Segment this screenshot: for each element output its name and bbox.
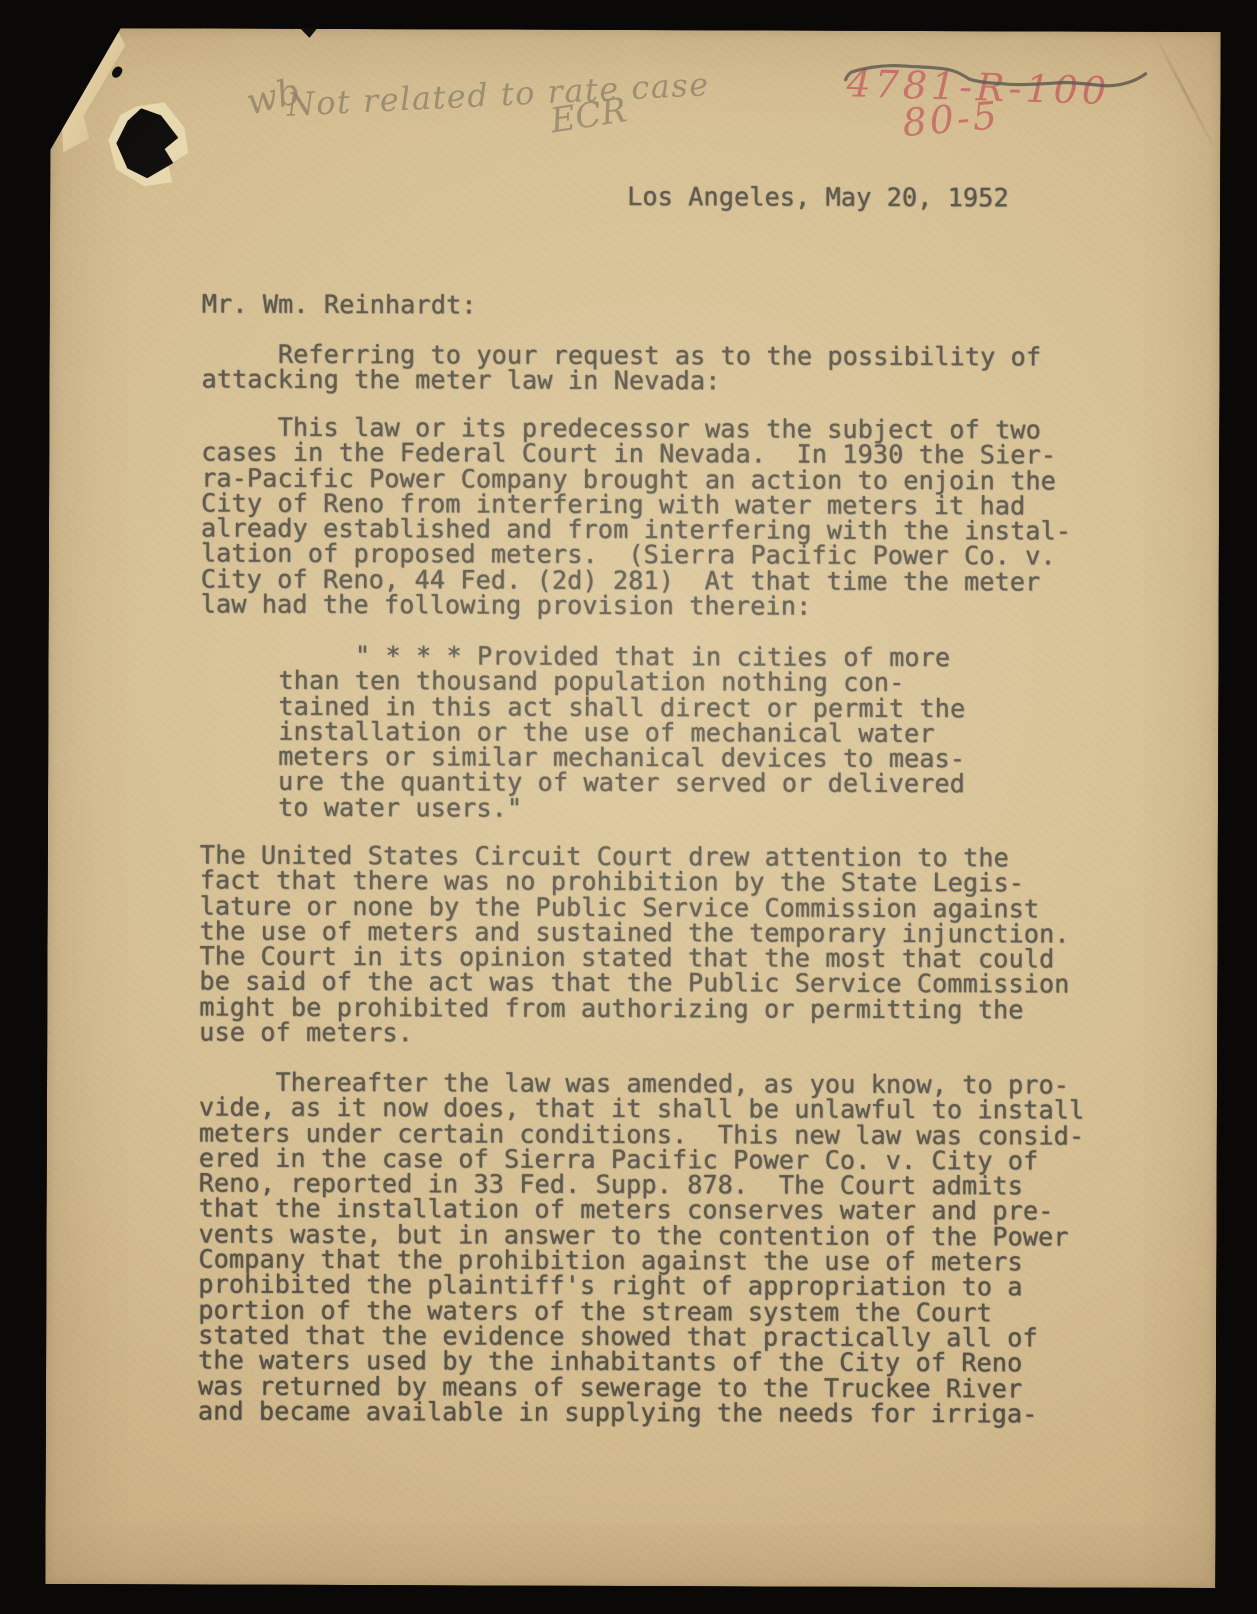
scan-background: wb Not related to rate case ECR 4781-R-1… bbox=[0, 0, 1257, 1614]
top-edge-notch bbox=[301, 29, 317, 38]
blockquote-statute: " * * * Provided that in cities of more … bbox=[278, 643, 966, 822]
dateline: Los Angeles, May 20, 1952 bbox=[627, 184, 1009, 211]
paragraph-2: This law or its predecessor was the subj… bbox=[201, 414, 1072, 619]
corner-crease bbox=[1153, 33, 1215, 148]
pencil-note: Not related to rate case bbox=[286, 65, 711, 124]
salutation: Mr. Wm. Reinhardt: bbox=[202, 291, 477, 317]
paragraph-3: The United States Circuit Court drew att… bbox=[199, 842, 1070, 1047]
paragraph-4: Thereafter the law was amended, as you k… bbox=[198, 1069, 1085, 1426]
paragraph-1: Referring to your request as to the poss… bbox=[201, 341, 1041, 395]
letter-page: wb Not related to rate case ECR 4781-R-1… bbox=[45, 28, 1220, 1588]
red-file-number: 80-5 bbox=[901, 93, 1002, 145]
